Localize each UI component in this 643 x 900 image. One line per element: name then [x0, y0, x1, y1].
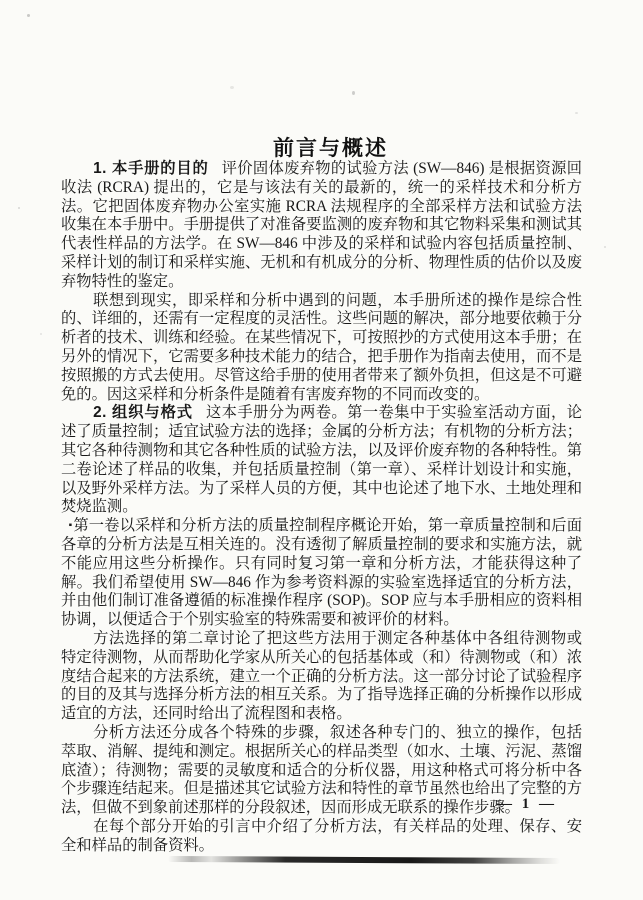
paragraph-text: 在每个部分开始的引言中介绍了分析方法，有关样品的处理、保存、安全和样品的制备资料…	[61, 818, 582, 854]
scan-speck	[575, 112, 578, 114]
scan-speck	[352, 91, 355, 95]
paragraph: 2. 组织与格式这本手册分为两卷。第一卷集中于实验室活动方面，论述了质量控制；适…	[61, 404, 582, 517]
scan-speck	[604, 246, 606, 248]
scan-speck	[230, 86, 234, 89]
bullet-mark: ▪	[69, 520, 73, 531]
scan-speck	[95, 847, 97, 850]
body-text: 1. 本手册的目的评价固体废弃物的试验方法 (SW—846) 是根据资源回收法 …	[61, 160, 582, 855]
page-number: — 1 —	[497, 796, 557, 813]
paragraph-text: 评价固体废弃物的试验方法 (SW—846) 是根据资源回收法 (RCRA) 提出…	[61, 160, 582, 290]
scanned-page: 前言与概述 1. 本手册的目的评价固体废弃物的试验方法 (SW—846) 是根据…	[0, 0, 643, 900]
page-title: 前言与概述	[0, 132, 643, 162]
scan-artifact-line	[168, 856, 560, 864]
paragraph-text: 第一卷以采样和分析方法的质量控制程序概论开始，第一章质量控制和后面各章的分析方法…	[61, 517, 582, 628]
paragraph: 方法选择的第二章讨论了把这些方法用于测定各种基体中各组待测物或特定待测物，从而帮…	[61, 630, 582, 724]
paragraph-text: 联想到现实，即采样和分析中遇到的问题，本手册所述的操作是综合性的、详细的，还需有…	[61, 292, 582, 403]
paragraph: ▪第一卷以采样和分析方法的质量控制程序概论开始，第一章质量控制和后面各章的分析方…	[61, 517, 582, 630]
scan-speck	[18, 207, 20, 209]
section-heading: 2. 组织与格式	[93, 404, 193, 421]
paragraph-text: 这本手册分为两卷。第一卷集中于实验室活动方面，论述了质量控制；适宜试验方法的选择…	[61, 404, 582, 515]
paragraph: 1. 本手册的目的评价固体废弃物的试验方法 (SW—846) 是根据资源回收法 …	[61, 160, 582, 292]
scan-speck	[27, 14, 30, 17]
section-heading: 1. 本手册的目的	[93, 160, 209, 177]
paragraph-text: 方法选择的第二章讨论了把这些方法用于测定各种基体中各组待测物或特定待测物，从而帮…	[61, 630, 582, 722]
paragraph: 在每个部分开始的引言中介绍了分析方法，有关样品的处理、保存、安全和样品的制备资料…	[61, 818, 582, 856]
paragraph: 联想到现实，即采样和分析中遇到的问题，本手册所述的操作是综合性的、详细的，还需有…	[61, 292, 582, 405]
scan-speck	[40, 333, 42, 335]
